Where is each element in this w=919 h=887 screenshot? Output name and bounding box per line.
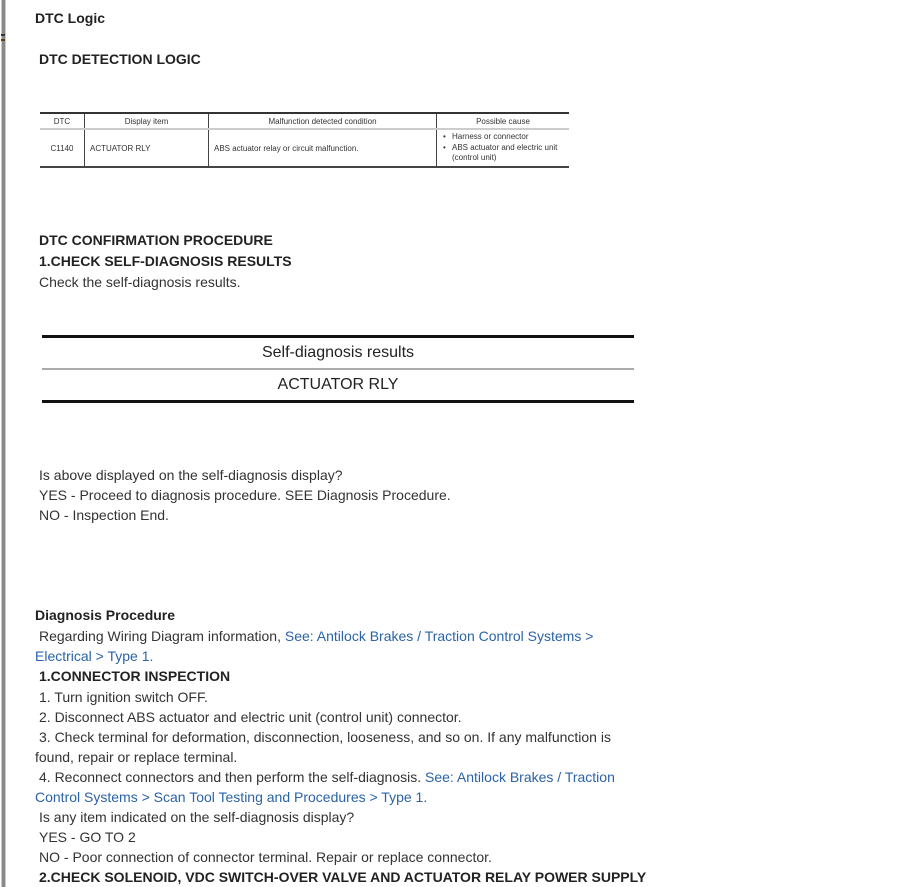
wiring-diagram-link[interactable]: See: Antilock Brakes / Traction Control … xyxy=(285,628,594,644)
scan-tool-link[interactable]: See: Antilock Brakes / Traction xyxy=(425,769,615,785)
col-dtc: DTC xyxy=(40,113,85,129)
diagnosis-question: Is any item indicated on the self-diagno… xyxy=(39,809,354,825)
cell-display-item: ACTUATOR RLY xyxy=(85,129,209,167)
left-scrollbar[interactable] xyxy=(1,0,6,887)
step-item: 2. Disconnect ABS actuator and electric … xyxy=(39,709,462,725)
step-item-cont: found, repair or replace terminal. xyxy=(35,749,237,765)
col-display-item: Display item xyxy=(85,113,209,129)
diagnosis-step1-title: 1.CONNECTOR INSPECTION xyxy=(39,668,230,684)
col-possible-cause: Possible cause xyxy=(437,113,570,129)
results-header: Self-diagnosis results xyxy=(42,338,634,368)
cause-item: Harness or connector xyxy=(442,132,564,143)
dtc-table: DTC Display item Malfunction detected co… xyxy=(40,112,569,168)
cause-item: ABS actuator and electric unit (control … xyxy=(442,143,564,164)
step-item: 1. Turn ignition switch OFF. xyxy=(39,689,208,705)
diagnosis-step2-title: 2.CHECK SOLENOID, VDC SWITCH-OVER VALVE … xyxy=(39,869,646,885)
dtc-logic-title: DTC Logic xyxy=(35,10,105,26)
confirmation-no: NO - Inspection End. xyxy=(39,507,169,523)
step4-text: 4. Reconnect connectors and then perform… xyxy=(39,769,425,785)
step-item: 3. Check terminal for deformation, disco… xyxy=(39,729,611,745)
col-condition: Malfunction detected condition xyxy=(209,113,437,129)
wiring-prefix: Regarding Wiring Diagram information, xyxy=(39,628,285,644)
self-diagnosis-results-table: Self-diagnosis results ACTUATOR RLY xyxy=(42,335,634,403)
confirmation-title: DTC CONFIRMATION PROCEDURE xyxy=(39,232,273,248)
diagnosis-no: NO - Poor connection of connector termin… xyxy=(39,849,492,865)
confirmation-yes: YES - Proceed to diagnosis procedure. SE… xyxy=(39,487,451,503)
diagnosis-title: Diagnosis Procedure xyxy=(35,607,175,623)
step-item: 4. Reconnect connectors and then perform… xyxy=(39,769,615,785)
detection-logic-title: DTC DETECTION LOGIC xyxy=(39,51,201,67)
results-value: ACTUATOR RLY xyxy=(42,370,634,400)
confirmation-step1-title: 1.CHECK SELF-DIAGNOSIS RESULTS xyxy=(39,253,292,269)
wiring-info-line: Regarding Wiring Diagram information, Se… xyxy=(39,628,593,644)
confirmation-step1-text: Check the self-diagnosis results. xyxy=(39,274,241,290)
table-rule xyxy=(42,400,634,403)
scroll-marker xyxy=(1,39,5,41)
cell-possible-cause: Harness or connector ABS actuator and el… xyxy=(437,129,570,167)
table-row: C1140 ACTUATOR RLY ABS actuator relay or… xyxy=(40,129,569,167)
scroll-marker xyxy=(1,34,5,36)
scan-tool-link-cont[interactable]: Control Systems > Scan Tool Testing and … xyxy=(35,789,427,805)
cell-dtc: C1140 xyxy=(40,129,85,167)
diagnosis-yes: YES - GO TO 2 xyxy=(39,829,136,845)
confirmation-question: Is above displayed on the self-diagnosis… xyxy=(39,467,343,483)
wiring-diagram-link-cont[interactable]: Electrical > Type 1. xyxy=(35,648,153,664)
cell-condition: ABS actuator relay or circuit malfunctio… xyxy=(209,129,437,167)
